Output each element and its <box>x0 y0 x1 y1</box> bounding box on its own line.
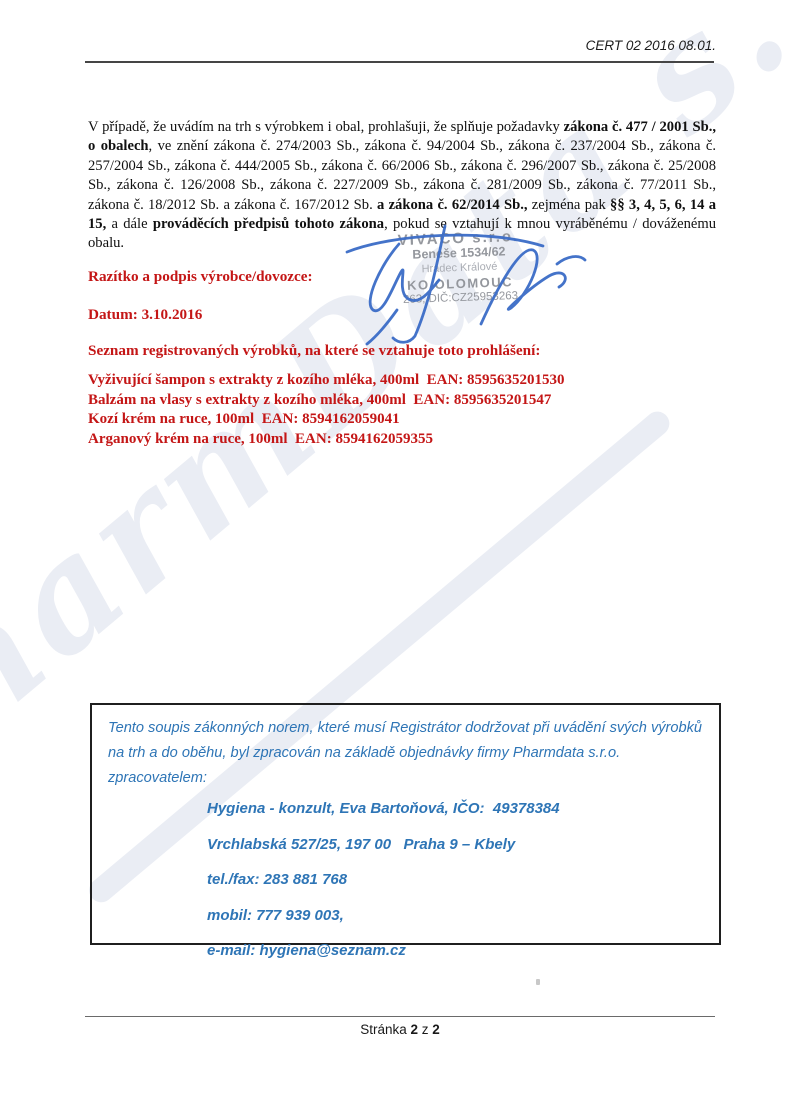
contact-block: Hygiena - konzult, Eva Bartoňová, IČO: 4… <box>207 800 719 959</box>
contact-line-mobile: mobil: 777 939 003, <box>207 907 719 924</box>
paragraph-segment-bold: a zákona č. 62/2014 Sb., <box>377 197 528 213</box>
product-item: Kozí krém na ruce, 100ml EAN: 8594162059… <box>88 410 565 430</box>
document-page: PharmData s. r. o. CERT 02 2016 08.01. V… <box>0 0 800 1100</box>
product-item: Balzám na vlasy s extrakty z kozího mlék… <box>88 391 565 411</box>
signature-scribble <box>333 222 589 348</box>
registered-products-list: Vyživující šampon s extrakty z kozího ml… <box>88 371 565 449</box>
document-code: CERT 02 2016 08.01. <box>586 38 716 53</box>
paragraph-segment: a dále <box>106 216 153 232</box>
footer-rule <box>85 1016 715 1017</box>
info-box-intro: Tento soupis zákonných norem, které musí… <box>108 716 703 791</box>
product-item: Arganový krém na ruce, 100ml EAN: 859416… <box>88 430 565 450</box>
stamp-signature-heading: Razítko a podpis výrobce/dovozce: <box>88 268 313 286</box>
page-number: Stránka 2 z 2 <box>0 1022 800 1037</box>
contact-line-telfax: tel./fax: 283 881 768 <box>207 871 719 888</box>
page-number-current: 2 <box>410 1022 418 1037</box>
contact-line-address: Vrchlabská 527/25, 197 00 Praha 9 – Kbel… <box>207 836 719 853</box>
page-number-separator: z <box>418 1022 432 1037</box>
paragraph-segment: zejména pak <box>528 197 611 213</box>
scan-artifact <box>536 979 540 985</box>
contact-line-email: e-mail: hygiena@seznam.cz <box>207 942 719 959</box>
header-rule <box>85 61 714 63</box>
paragraph-segment: V případě, že uvádím na trh s výrobkem i… <box>88 119 564 135</box>
page-number-prefix: Stránka <box>360 1022 410 1037</box>
date-line: Datum: 3.10.2016 <box>88 306 202 324</box>
page-number-total: 2 <box>432 1022 440 1037</box>
info-box: Tento soupis zákonných norem, které musí… <box>90 703 721 945</box>
product-item: Vyživující šampon s extrakty z kozího ml… <box>88 371 565 391</box>
contact-line-company: Hygiena - konzult, Eva Bartoňová, IČO: 4… <box>207 800 719 817</box>
